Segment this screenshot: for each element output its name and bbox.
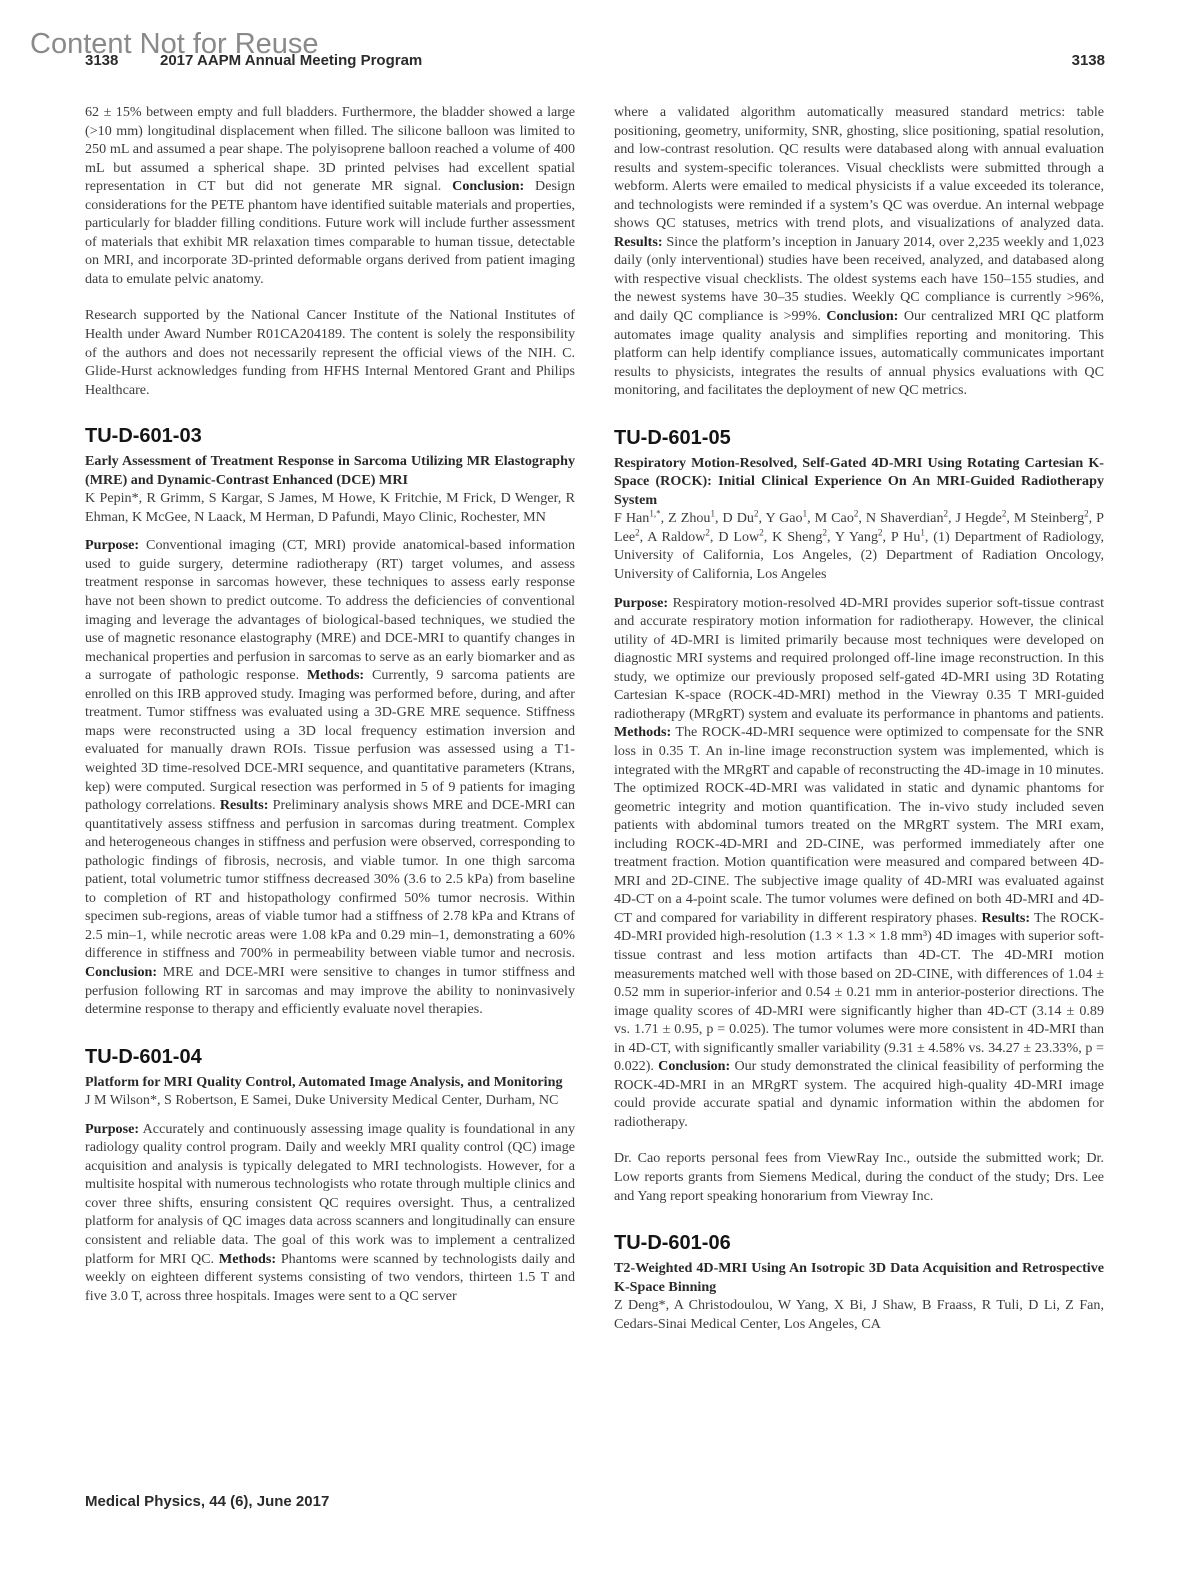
abstract-id: TU-D-601-03 bbox=[85, 424, 575, 448]
page-number-right: 3138 bbox=[1072, 52, 1105, 69]
methods-label: Methods: bbox=[219, 1251, 276, 1267]
conclusion-label: Conclusion: bbox=[452, 178, 524, 194]
watermark: Content Not for Reuse bbox=[30, 28, 319, 61]
conflict-disclosure: Dr. Cao reports personal fees from ViewR… bbox=[614, 1149, 1104, 1205]
affiliation-superscript: 1,* bbox=[649, 509, 660, 519]
author-name: , J Hegde bbox=[948, 510, 1002, 526]
author-name: , N Shaverdian bbox=[858, 510, 943, 526]
abstract-title: Platform for MRI Quality Control, Automa… bbox=[85, 1073, 575, 1092]
results-text: The ROCK-4D-MRI provided high-resolution… bbox=[614, 910, 1104, 1074]
continued-text-part: where a validated algorithm automaticall… bbox=[614, 104, 1104, 231]
abstract-title: Respiratory Motion-Resolved, Self-Gated … bbox=[614, 454, 1104, 510]
abstract-authors: F Han1,*, Z Zhou1, D Du2, Y Gao1, M Cao2… bbox=[614, 509, 1104, 583]
abstract-body: Purpose: Respiratory motion-resolved 4D-… bbox=[614, 594, 1104, 1132]
author-name: , K Sheng bbox=[764, 529, 823, 545]
methods-label: Methods: bbox=[307, 667, 364, 683]
purpose-text: Respiratory motion-resolved 4D-MRI provi… bbox=[614, 595, 1104, 722]
continued-text-part: Design considerations for the PETE phan­… bbox=[85, 178, 575, 287]
abstract-id: TU-D-601-05 bbox=[614, 426, 1104, 450]
methods-label: Methods: bbox=[614, 724, 671, 740]
purpose-label: Purpose: bbox=[614, 595, 668, 611]
author-name: , M Cao bbox=[807, 510, 854, 526]
abstract-title: T2-Weighted 4D-MRI Using An Isotropic 3D… bbox=[614, 1259, 1104, 1296]
abstract-authors: Z Deng*, A Christodoulou, W Yang, X Bi, … bbox=[614, 1296, 1104, 1333]
results-label: Results: bbox=[614, 234, 663, 250]
author-name: , M Steinberg bbox=[1006, 510, 1084, 526]
conclusion-label: Conclusion: bbox=[658, 1058, 730, 1074]
conclusion-label: Conclusion: bbox=[826, 308, 898, 324]
continued-abstract-text: 62 ± 15% between empty and full bladders… bbox=[85, 103, 575, 288]
author-name: , D Low bbox=[710, 529, 759, 545]
abstract-authors: J M Wilson*, S Robertson, E Samei, Duke … bbox=[85, 1091, 575, 1110]
abstract-body: Purpose: Accurately and continuously ass… bbox=[85, 1120, 575, 1305]
author-name: , Z Zhou bbox=[661, 510, 711, 526]
abstract-tu-d-601-06: TU-D-601-06 T2-Weighted 4D-MRI Using An … bbox=[614, 1231, 1104, 1333]
abstract-body: Purpose: Conventional imaging (CT, MRI) … bbox=[85, 536, 575, 1018]
abstract-tu-d-601-05: TU-D-601-05 Respiratory Motion-Resolved,… bbox=[614, 426, 1104, 1205]
abstract-id: TU-D-601-06 bbox=[614, 1231, 1104, 1255]
author-name: , P Hu bbox=[883, 529, 921, 545]
results-text: Preliminary analysis shows MRE and DCE-M… bbox=[85, 797, 575, 961]
results-label: Results: bbox=[220, 797, 269, 813]
purpose-label: Purpose: bbox=[85, 1121, 139, 1137]
purpose-text: Conventional imaging (CT, MRI) provide a… bbox=[85, 537, 575, 683]
abstract-title: Early Assessment of Treatment Response i… bbox=[85, 452, 575, 489]
results-label: Results: bbox=[981, 910, 1030, 926]
methods-text: The ROCK-4D-MRI sequence were optimized … bbox=[614, 724, 1104, 925]
purpose-text: Accurately and continuously assessing im… bbox=[85, 1121, 575, 1267]
author-name: F Han bbox=[614, 510, 649, 526]
right-column: where a validated algorithm automaticall… bbox=[614, 103, 1104, 1333]
author-name: , D Du bbox=[715, 510, 754, 526]
conclusion-text: MRE and DCE-MRI were sensitive to change… bbox=[85, 964, 575, 1017]
journal-footer: Medical Physics, 44 (6), June 2017 bbox=[85, 1493, 329, 1510]
abstract-authors: K Pepin*, R Grimm, S Kargar, S James, M … bbox=[85, 489, 575, 526]
author-name: , Y Gao bbox=[758, 510, 802, 526]
conclusion-label: Conclusion: bbox=[85, 964, 157, 980]
author-name: , Y Yang bbox=[827, 529, 878, 545]
abstract-tu-d-601-04: TU-D-601-04 Platform for MRI Quality Con… bbox=[85, 1045, 575, 1306]
author-name: , A Raldow bbox=[640, 529, 706, 545]
abstract-id: TU-D-601-04 bbox=[85, 1045, 575, 1069]
funding-acknowledgement: Research supported by the National Cance… bbox=[85, 306, 575, 399]
abstract-tu-d-601-03: TU-D-601-03 Early Assessment of Treatmen… bbox=[85, 424, 575, 1018]
methods-text: Currently, 9 sarcoma patients are enroll… bbox=[85, 667, 575, 813]
continued-abstract-text: where a validated algorithm automaticall… bbox=[614, 103, 1104, 400]
left-column: 62 ± 15% between empty and full bladders… bbox=[85, 103, 575, 1305]
purpose-label: Purpose: bbox=[85, 537, 139, 553]
